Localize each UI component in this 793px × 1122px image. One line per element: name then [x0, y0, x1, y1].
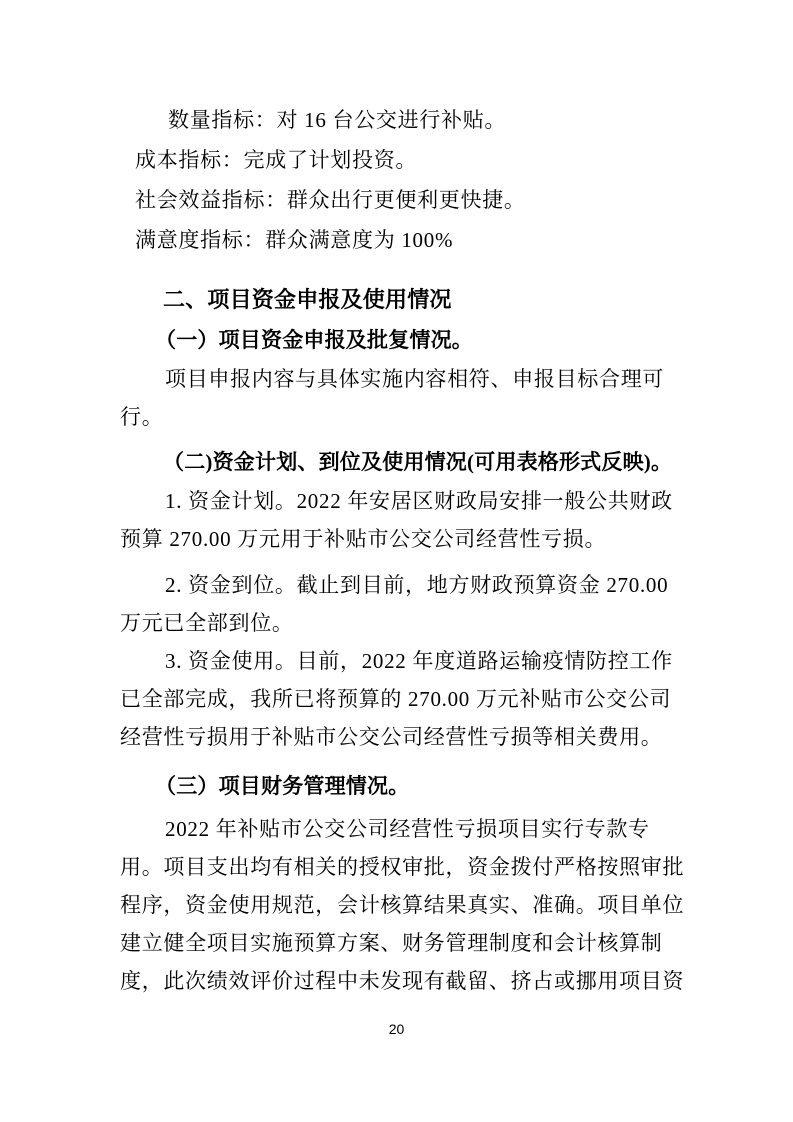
- sub1-paragraph-line: 行。: [120, 398, 680, 436]
- section2-sub1-heading: （一）项目资金申报及批复情况。: [120, 320, 680, 360]
- sub2-item3-line: 已全部完成，我所已将预算的 270.00 万元补贴市公交公司: [120, 680, 680, 718]
- sub1-paragraph-line: 项目申报内容与具体实施内容相符、申报目标合理可: [120, 360, 680, 398]
- sub2-item1-line: 1. 资金计划。2022 年安居区财政局安排一般公共财政: [120, 482, 680, 520]
- sub2-item3-line: 3. 资金使用。目前，2022 年度道路运输疫情防控工作: [120, 642, 680, 680]
- sub3-paragraph-line: 用。项目支出均有相关的授权审批，资金拨付严格按照审批: [120, 848, 680, 886]
- sub3-paragraph-line: 度，此次绩效评价过程中未发现有截留、挤占或挪用项目资: [120, 962, 680, 1000]
- document-page: 数量指标：对 16 台公交进行补贴。 成本指标：完成了计划投资。 社会效益指标：…: [0, 0, 793, 1122]
- section2-sub2-heading: （二)资金计划、到位及使用情况(可用表格形式反映)。: [120, 442, 680, 482]
- indicator-satisfaction-line: 满意度指标：群众满意度为 100%: [120, 220, 680, 260]
- section2-sub3-heading: （三）项目财务管理情况。: [120, 766, 680, 806]
- indicator-quantity-line: 数量指标：对 16 台公交进行补贴。: [120, 100, 680, 140]
- section2-heading: 二、项目资金申报及使用情况: [120, 280, 680, 320]
- indicator-cost-line: 成本指标：完成了计划投资。: [120, 140, 680, 180]
- sub3-paragraph-line: 程序，资金使用规范，会计核算结果真实、准确。项目单位: [120, 886, 680, 924]
- sub3-paragraph-line: 建立健全项目实施预算方案、财务管理制度和会计核算制: [120, 924, 680, 962]
- sub2-item3-line: 经营性亏损用于补贴市公交公司经营性亏损等相关费用。: [120, 718, 680, 756]
- sub2-item2-line: 万元已全部到位。: [120, 604, 680, 642]
- sub3-paragraph-line: 2022 年补贴市公交公司经营性亏损项目实行专款专: [120, 810, 680, 848]
- sub2-item1-line: 预算 270.00 万元用于补贴市公交公司经营性亏损。: [120, 520, 680, 558]
- sub2-item2-line: 2. 资金到位。截止到目前，地方财政预算资金 270.00: [120, 566, 680, 604]
- document-body: 数量指标：对 16 台公交进行补贴。 成本指标：完成了计划投资。 社会效益指标：…: [120, 100, 680, 1000]
- page-number: 20: [0, 1020, 793, 1038]
- indicator-social-benefit-line: 社会效益指标：群众出行更便利更快捷。: [120, 180, 680, 220]
